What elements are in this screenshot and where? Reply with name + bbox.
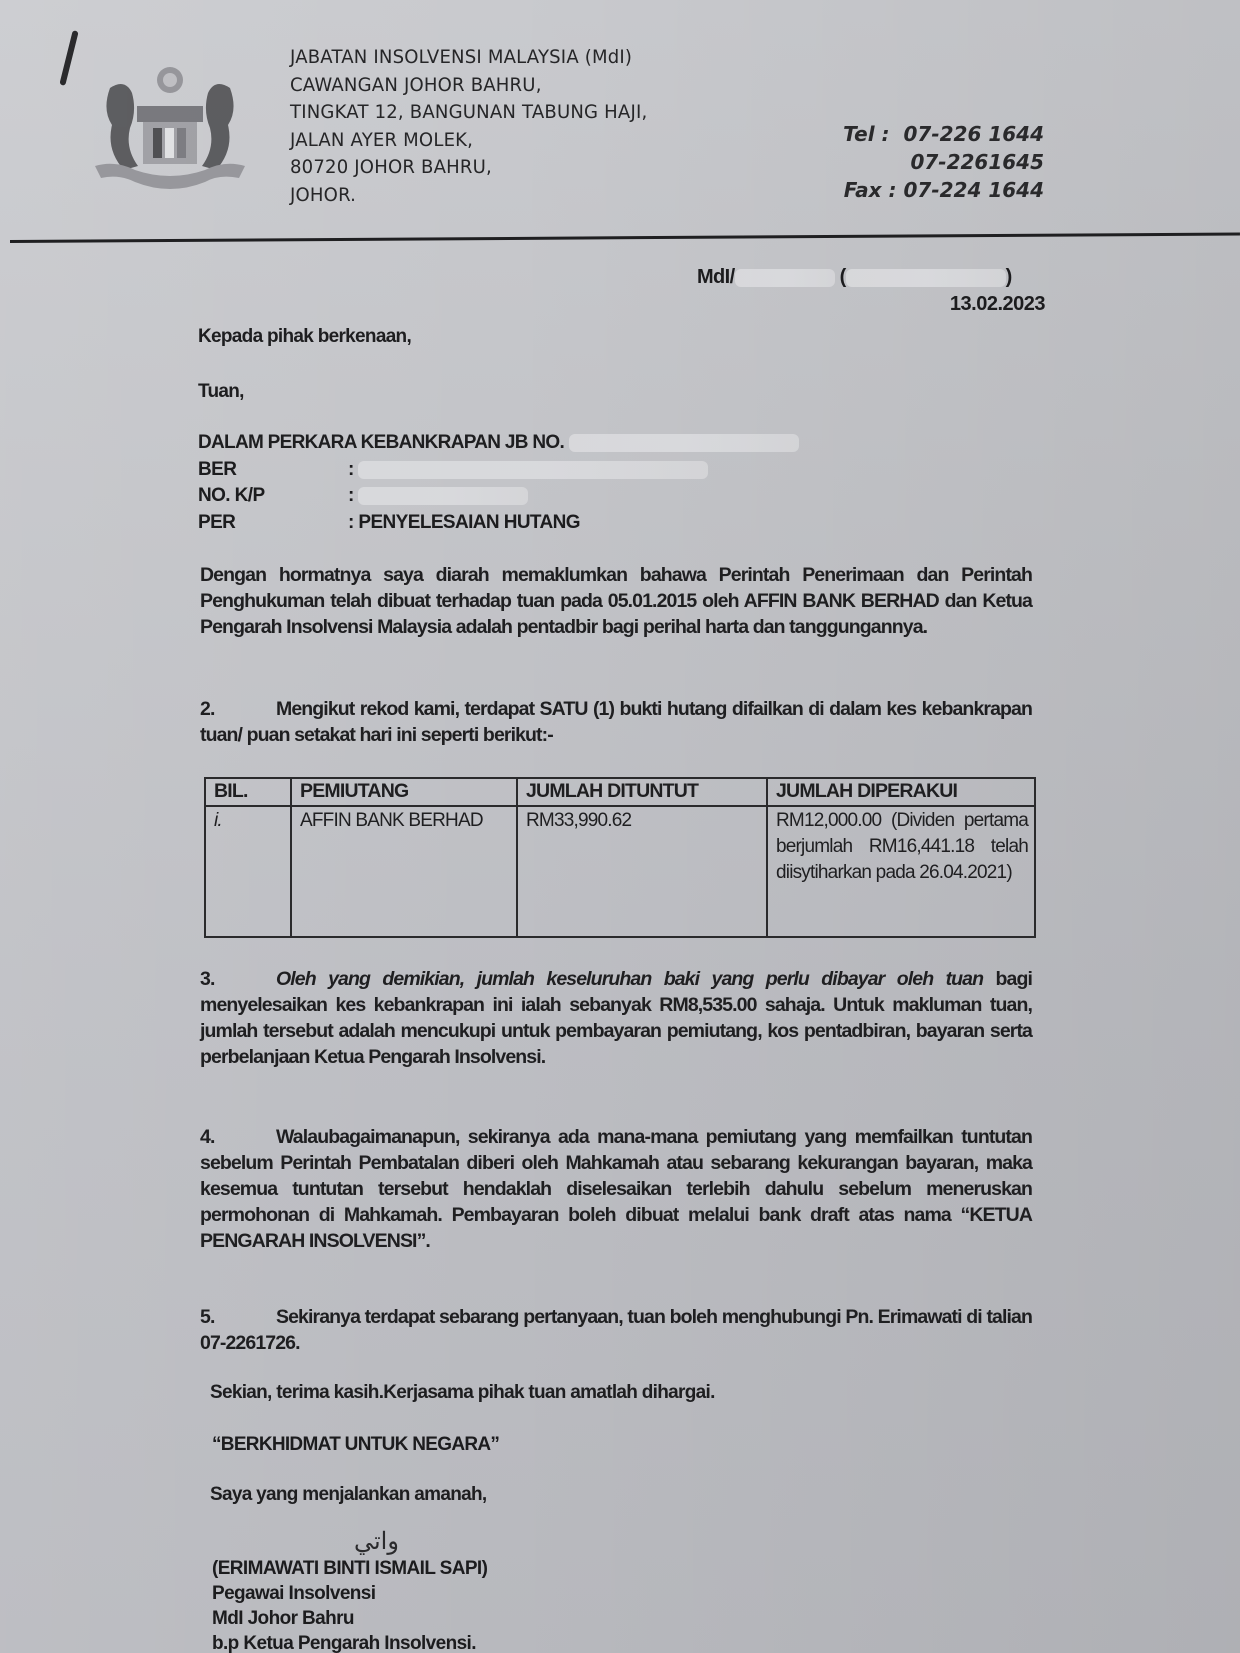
redacted-name (358, 461, 708, 479)
case-field-kp: NO. K/P: (198, 485, 528, 507)
paragraph-text-italic: Oleh yang demikian, jumlah keseluruhan b… (276, 968, 983, 990)
table-row: i. AFFIN BANK BERHAD RM33,990.62 RM12,00… (205, 806, 1035, 937)
signatory-name: (ERIMAWATI BINTI ISMAIL SAPI) (212, 1556, 487, 1581)
letterhead-contact: Tel : 07-226 1644 07-2261645 Fax : 07-22… (843, 120, 1044, 204)
signatory-title: Pegawai Insolvensi (212, 1581, 487, 1606)
org-address-line: JALAN AYER MOLEK, (290, 127, 647, 155)
tel-number: 07-226 1644 (903, 122, 1044, 146)
reference-prefix: MdI/ (697, 266, 735, 288)
fax-label: Fax : (844, 178, 897, 202)
org-address-line: TINGKAT 12, BANGUNAN TABUNG HAJI, (290, 99, 647, 127)
malaysia-coat-of-arms-icon (85, 58, 255, 198)
paragraph-2: 2.Mengikut rekod kami, terdapat SATU (1)… (200, 696, 1032, 748)
recipient-line: Kepada pihak berkenaan, (198, 326, 411, 348)
field-value: : (348, 485, 354, 506)
field-value: : (348, 459, 354, 480)
field-label: PER (198, 512, 348, 534)
paragraph-number: 5. (200, 1304, 276, 1330)
redacted-reference-detail (846, 269, 1006, 287)
redacted-reference (735, 269, 835, 287)
table-header-row: BIL. PEMIUTANG JUMLAH DITUNTUT JUMLAH DI… (205, 778, 1035, 806)
debt-table: BIL. PEMIUTANG JUMLAH DITUNTUT JUMLAH DI… (204, 777, 1036, 938)
signatory-block: (ERIMAWATI BINTI ISMAIL SAPI) Pegawai In… (212, 1556, 487, 1653)
paragraph-number: 4. (200, 1124, 276, 1150)
header-divider (10, 232, 1240, 243)
letterhead-address: JABATAN INSOLVENSI MALAYSIA (MdI) CAWANG… (290, 44, 647, 209)
greeting: Tuan, (198, 381, 244, 403)
org-address-line: JOHOR. (290, 182, 647, 210)
field-value: : PENYELESAIAN HUTANG (348, 512, 580, 533)
redacted-ic-number (358, 487, 528, 505)
case-title: DALAM PERKARA KEBANKRAPAN JB NO. (198, 432, 799, 454)
reference-close-paren: ) (1006, 266, 1012, 288)
field-label: BER (198, 459, 348, 481)
reference-open-paren: ( (840, 266, 846, 288)
col-jumlah-diperakui: JUMLAH DIPERAKUI (767, 778, 1035, 806)
signatory-on-behalf: b.p Ketua Pengarah Insolvensi. (212, 1631, 487, 1653)
col-bil: BIL. (205, 778, 291, 806)
paragraph-number: 2. (200, 696, 276, 722)
col-jumlah-dituntut: JUMLAH DITUNTUT (517, 778, 767, 806)
cell-bil: i. (205, 806, 291, 937)
cell-pemiutang: AFFIN BANK BERHAD (291, 806, 517, 937)
signature: واتي (354, 1527, 399, 1555)
paragraph-5: 5.Sekiranya terdapat sebarang pertanyaan… (200, 1304, 1032, 1356)
pen-mark (59, 30, 78, 86)
paragraph-intro: Dengan hormatnya saya diarah memaklumkan… (200, 562, 1032, 640)
paragraph-text: Mengikut rekod kami, terdapat SATU (1) b… (200, 698, 1032, 746)
org-branch: CAWANGAN JOHOR BAHRU, (290, 72, 647, 100)
col-pemiutang: PEMIUTANG (291, 778, 517, 806)
balance-amount: RM8,535.00 (659, 994, 756, 1016)
field-label: NO. K/P (198, 485, 348, 507)
org-name: JABATAN INSOLVENSI MALAYSIA (MdI) (290, 44, 647, 72)
paragraph-text: Walaubagaimanapun, sekiranya ada mana-ma… (276, 1126, 846, 1148)
closing-line: Sekian, terima kasih.Kerjasama pihak tua… (210, 1382, 715, 1404)
paragraph-number: 3. (200, 966, 276, 992)
case-field-ber: BER: (198, 459, 708, 481)
org-address-line: 80720 JOHOR BAHRU, (290, 154, 647, 182)
case-field-per: PER: PENYELESAIAN HUTANG (198, 512, 580, 534)
case-title-text: DALAM PERKARA KEBANKRAPAN JB NO. (198, 432, 564, 453)
signoff-lead: Saya yang menjalankan amanah, (210, 1484, 486, 1506)
redacted-case-number (569, 434, 799, 452)
tel-number-alt: 07-2261645 (910, 150, 1044, 174)
reference-number: MdI/ () (697, 266, 1012, 289)
paragraph-3: 3.Oleh yang demikian, jumlah keseluruhan… (200, 966, 1032, 1070)
cell-jumlah-dituntut: RM33,990.62 (517, 806, 767, 937)
letter-date: 13.02.2023 (950, 293, 1045, 316)
paragraph-4: 4.Walaubagaimanapun, sekiranya ada mana-… (200, 1124, 1032, 1254)
tel-label: Tel : (843, 122, 889, 146)
cell-jumlah-diperakui: RM12,000.00 (Dividen pertama berjumlah R… (767, 806, 1035, 937)
motto: “BERKHIDMAT UNTUK NEGARA” (212, 1434, 499, 1456)
signatory-office: MdI Johor Bahru (212, 1606, 487, 1631)
fax-number: 07-224 1644 (903, 178, 1044, 202)
paragraph-text: Sekiranya terdapat sebarang pertanyaan, … (200, 1306, 1032, 1354)
paragraph-text: . (425, 1230, 430, 1252)
